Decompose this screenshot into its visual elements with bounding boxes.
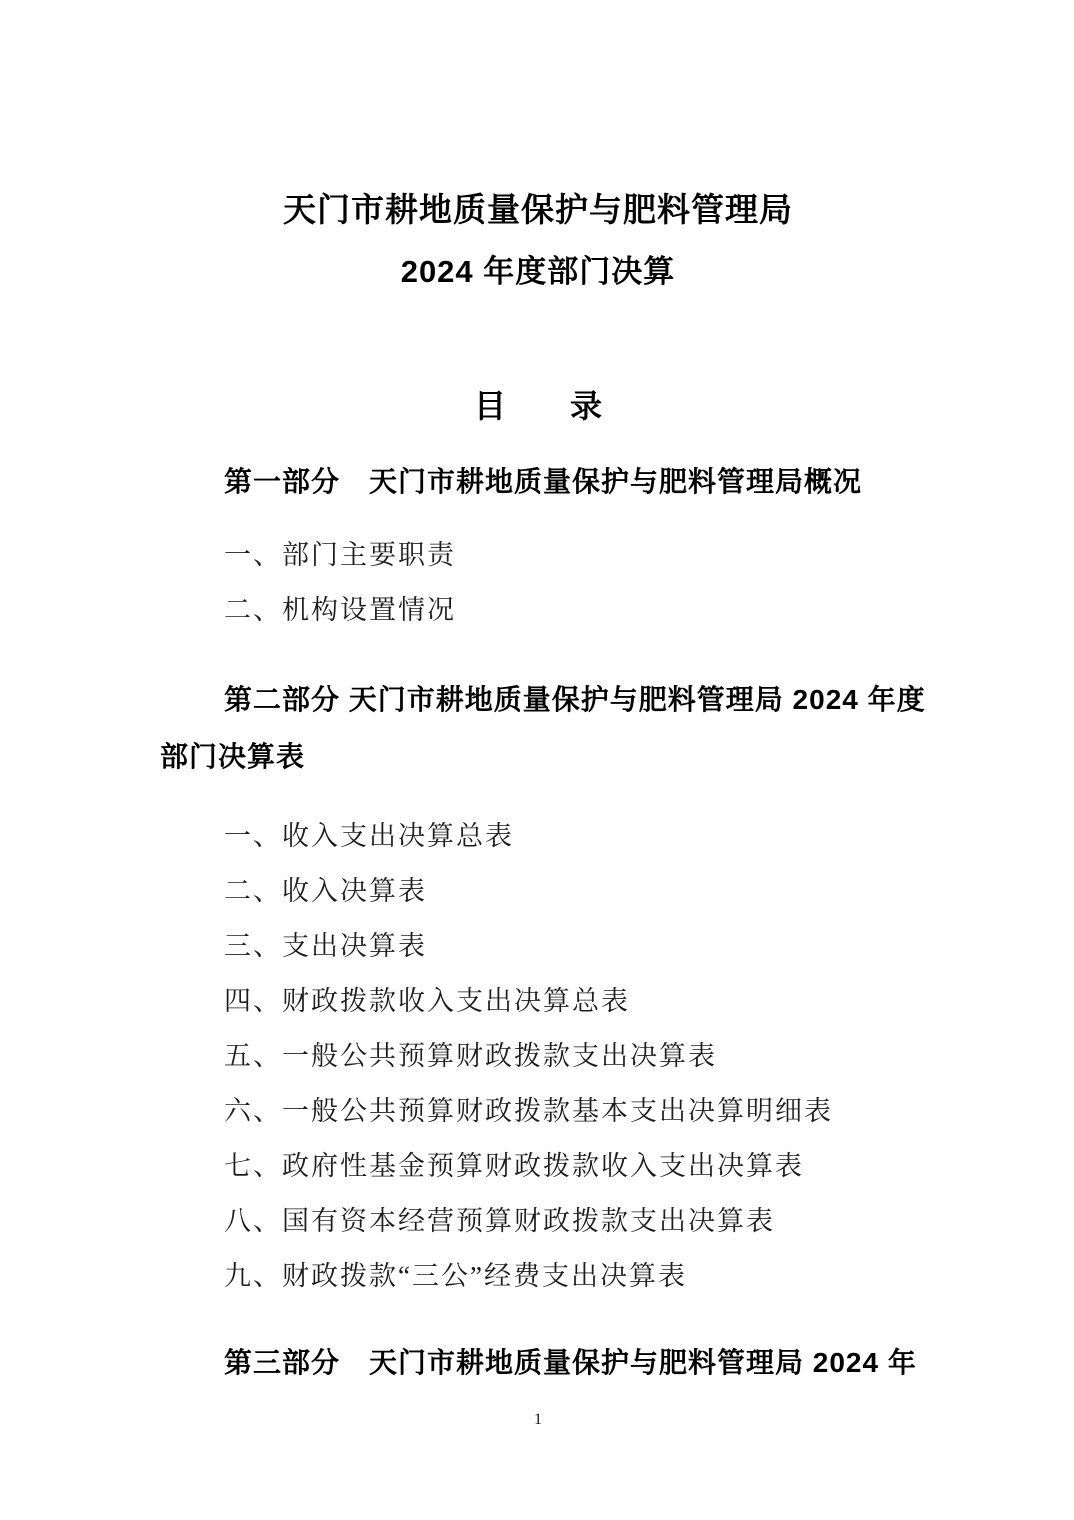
toc-item-section2-1: 一、收入支出决算总表 [160, 819, 916, 853]
section2-heading-line2: 部门决算表 [160, 739, 916, 775]
document-title-line1: 天门市耕地质量保护与肥料管理局 [160, 192, 916, 228]
toc-item-section1-2: 二、机构设置情况 [160, 593, 916, 627]
section1-heading: 第一部分 天门市耕地质量保护与肥料管理局概况 [160, 464, 916, 500]
toc-item-section1-1: 一、部门主要职责 [160, 538, 916, 572]
document-title-line2: 2024 年度部门决算 [160, 254, 916, 290]
document-page: 天门市耕地质量保护与肥料管理局 2024 年度部门决算 目 录 第一部分 天门市… [0, 0, 1074, 1520]
toc-item-section2-5: 五、一般公共预算财政拨款支出决算表 [160, 1039, 916, 1073]
section2-heading-line1: 第二部分 天门市耕地质量保护与肥料管理局 2024 年度 [160, 682, 916, 718]
toc-item-section2-6: 六、一般公共预算财政拨款基本支出决算明细表 [160, 1094, 916, 1128]
toc-item-section2-9: 九、财政拨款“三公”经费支出决算表 [160, 1259, 916, 1293]
toc-heading: 目 录 [160, 388, 916, 424]
section3-heading: 第三部分 天门市耕地质量保护与肥料管理局 2024 年 [160, 1345, 916, 1381]
page-number: 1 [160, 1411, 916, 1429]
toc-item-section2-4: 四、财政拨款收入支出决算总表 [160, 984, 916, 1018]
toc-item-section2-7: 七、政府性基金预算财政拨款收入支出决算表 [160, 1149, 916, 1183]
toc-item-section2-3: 三、支出决算表 [160, 929, 916, 963]
toc-item-section2-8: 八、国有资本经营预算财政拨款支出决算表 [160, 1204, 916, 1238]
toc-item-section2-2: 二、收入决算表 [160, 874, 916, 908]
